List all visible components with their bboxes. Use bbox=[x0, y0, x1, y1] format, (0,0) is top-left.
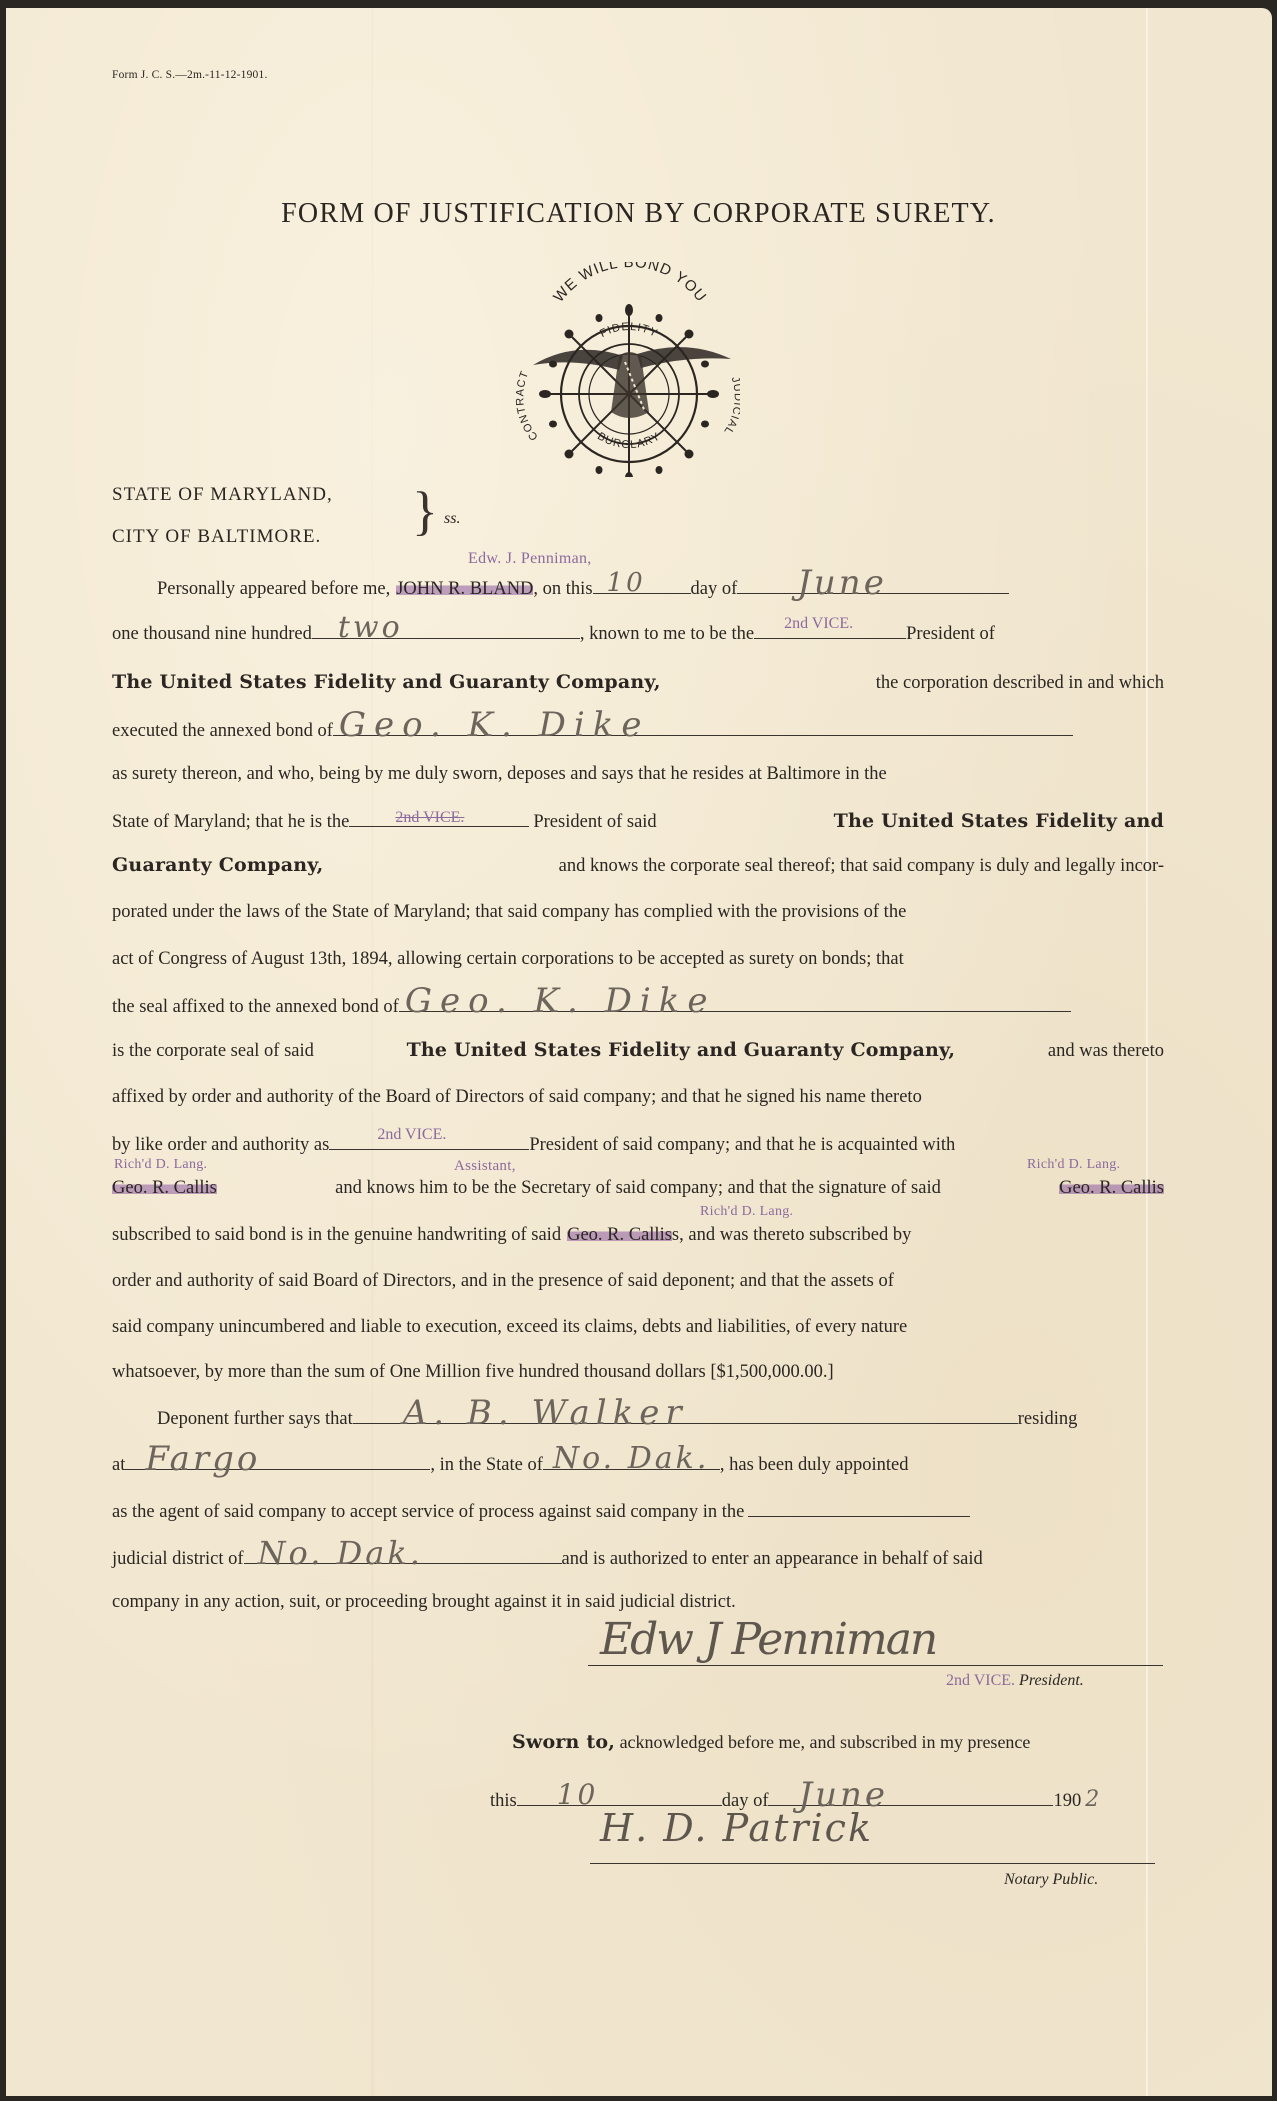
venue-ss: ss. bbox=[444, 510, 460, 528]
bond-principal-field[interactable]: Geo. K. Dike bbox=[333, 717, 1073, 736]
text-line-office: State of Maryland; that he is the 2nd VI… bbox=[112, 808, 1164, 834]
district-blank-field[interactable] bbox=[748, 1498, 970, 1517]
text-line-seal-bond-of: the seal affixed to the annexed bond of … bbox=[112, 993, 1164, 1019]
secretary-replacement-stamp: Rich'd D. Lang. bbox=[114, 1157, 207, 1173]
text-line-residing-at: at Fargo , in the State of No. Dak. , ha… bbox=[112, 1451, 1164, 1477]
notary-public-label: Notary Public. bbox=[1004, 1871, 1098, 1889]
text-line-year: one thousand nine hundred two , known to… bbox=[112, 620, 1164, 646]
text-line: is the corporate seal of said The United… bbox=[112, 1038, 1164, 1063]
year-field[interactable]: two bbox=[312, 620, 580, 639]
venue-city: CITY OF BALTIMORE. bbox=[112, 526, 321, 548]
text-line-handwriting: subscribed to said bond is in the genuin… bbox=[112, 1223, 1164, 1247]
struck-officer-name: JOHN R. BLAND bbox=[396, 577, 533, 601]
text-line-bond-of: executed the annexed bond of Geo. K. Dik… bbox=[112, 717, 1164, 743]
company-seal-logo: WE WILL BOND YOU FIDELITY BURGLARY CONTR… bbox=[515, 262, 740, 477]
svg-text:CONTRACT: CONTRACT bbox=[515, 369, 541, 442]
venue-state: STATE OF MARYLAND, bbox=[112, 484, 333, 506]
notary-year-suffix: 2 bbox=[1085, 1788, 1102, 1812]
officer-name-stamp: Edw. J. Penniman, bbox=[468, 550, 592, 568]
secretary-replacement-stamp: Rich'd D. Lang. bbox=[700, 1204, 793, 1220]
judicial-district-field[interactable]: No. Dak. bbox=[244, 1545, 562, 1564]
secretary-replacement-stamp: Rich'd D. Lang. bbox=[1027, 1157, 1120, 1173]
form-number: Form J. C. S.—2m.-11-12-1901. bbox=[112, 69, 268, 81]
bond-principal-field-2[interactable]: Geo. K. Dike bbox=[399, 993, 1071, 1012]
page-title: FORM OF JUSTIFICATION BY CORPORATE SURET… bbox=[0, 198, 1277, 230]
text-line: Guaranty Company, and knows the corporat… bbox=[112, 853, 1164, 878]
text-line: as surety thereon, and who, being by me … bbox=[112, 762, 1164, 786]
jurat-text: Sworn to, acknowledged before me, and su… bbox=[512, 1731, 1030, 1753]
text-line: porated under the laws of the State of M… bbox=[112, 900, 1164, 924]
text-line: act of Congress of August 13th, 1894, al… bbox=[112, 947, 1164, 971]
venue-brace: } bbox=[412, 484, 438, 538]
text-line: said company unincumbered and liable to … bbox=[112, 1315, 1164, 1339]
notary-day-field[interactable]: 10 bbox=[517, 1787, 722, 1806]
text-line-assets-sum: whatsoever, by more than the sum of One … bbox=[112, 1360, 1164, 1384]
text-line: company in any action, suit, or proceedi… bbox=[112, 1590, 1164, 1614]
president-title: 2nd VICE. President. bbox=[946, 1672, 1084, 1690]
office-field-2[interactable]: 2nd VICE. bbox=[349, 808, 529, 827]
notary-signature: H. D. Patrick bbox=[600, 1806, 873, 1850]
agent-name-field[interactable]: A. B. Walker bbox=[353, 1405, 1018, 1424]
struck-secretary-name: Geo. R. Callis bbox=[112, 1176, 217, 1200]
day-field[interactable]: 10 bbox=[593, 575, 691, 594]
text-line-district: judicial district of No. Dak. and is aut… bbox=[112, 1545, 1164, 1571]
president-signature-line bbox=[588, 1665, 1163, 1666]
assistant-stamp: Assistant, bbox=[454, 1158, 516, 1175]
text-line-deponent: Deponent further says that A. B. Walker … bbox=[112, 1405, 1164, 1431]
struck-secretary-name: Geo. R. Callis bbox=[1059, 1176, 1164, 1200]
month-field[interactable]: June bbox=[737, 575, 1009, 594]
eagle-ship-wheel-seal-icon: WE WILL BOND YOU FIDELITY BURGLARY CONTR… bbox=[515, 262, 740, 477]
office-field-3[interactable]: 2nd VICE. bbox=[329, 1131, 529, 1150]
text-line-personally-appeared: Personally appeared before me, JOHN R. B… bbox=[112, 575, 1164, 601]
text-line: affixed by order and authority of the Bo… bbox=[112, 1085, 1164, 1109]
president-signature: Edw J Penniman bbox=[600, 1614, 936, 1665]
text-line: order and authority of said Board of Dir… bbox=[112, 1269, 1164, 1293]
residence-state-field[interactable]: No. Dak. bbox=[543, 1451, 720, 1470]
notary-month-field[interactable]: June bbox=[768, 1787, 1053, 1806]
office-field[interactable]: 2nd VICE. bbox=[754, 620, 906, 639]
company-name: The United States Fidelity and Guaranty … bbox=[112, 670, 661, 694]
notary-signature-line bbox=[590, 1863, 1155, 1864]
text-line-secretary: Geo. R. Callis and knows him to be the S… bbox=[112, 1176, 1164, 1200]
svg-text:JUDICIAL: JUDICIAL bbox=[721, 375, 740, 437]
svg-text:WE WILL BOND YOU: WE WILL BOND YOU bbox=[550, 262, 710, 306]
text-line-agent: as the agent of said company to accept s… bbox=[112, 1498, 1164, 1524]
text-line-authority: by like order and authority as 2nd VICE.… bbox=[112, 1131, 1164, 1157]
text-line-company: The United States Fidelity and Guaranty … bbox=[112, 670, 1164, 695]
residence-city-field[interactable]: Fargo bbox=[125, 1451, 430, 1470]
